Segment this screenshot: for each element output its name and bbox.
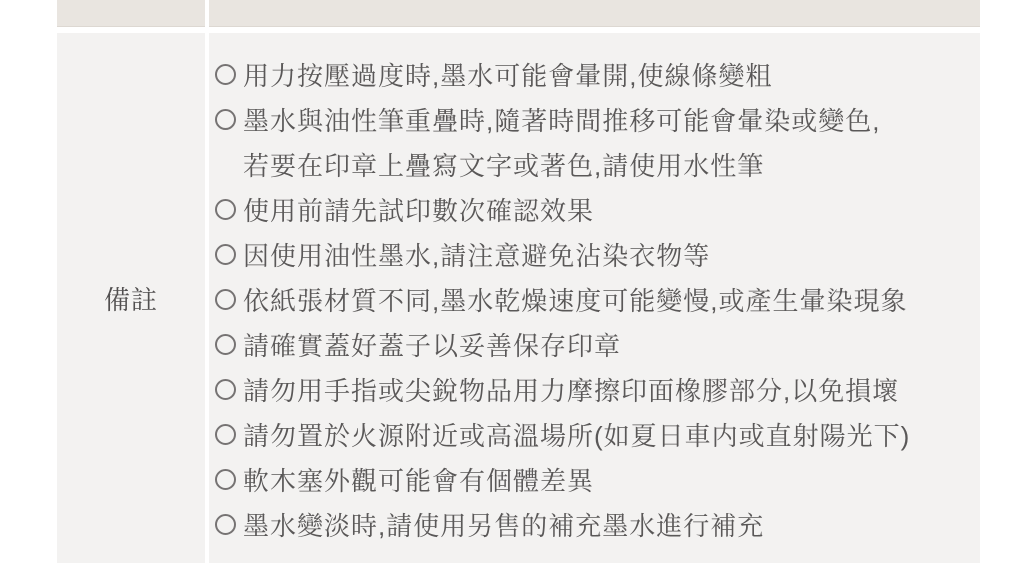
table-header-right-cell xyxy=(209,0,980,27)
bullet-circle-icon xyxy=(215,64,243,85)
bullet-circle-icon xyxy=(215,289,243,310)
bullet-circle-icon xyxy=(215,244,243,265)
bullet-circle-icon xyxy=(215,469,243,490)
note-line: 用力按壓過度時,墨水可能會暈開,使線條變粗 xyxy=(215,52,976,97)
note-line: 墨水與油性筆重疊時,隨著時間推移可能會暈染或變色, xyxy=(215,97,976,142)
note-line: 墨水變淡時,請使用另售的補充墨水進行補充 xyxy=(215,502,976,547)
note-line: 請確實蓋好蓋子以妥善保存印章 xyxy=(215,322,976,367)
note-text: 請確實蓋好蓋子以妥善保存印章 xyxy=(243,326,621,363)
note-line: 若要在印章上疊寫文字或著色,請使用水性筆 xyxy=(215,142,976,187)
bullet-circle-icon xyxy=(215,334,243,355)
product-notes-table: 備註 用力按壓過度時,墨水可能會暈開,使線條變粗 墨水與油性筆重疊時,隨著時間推… xyxy=(57,0,980,563)
bullet-circle-icon xyxy=(215,109,243,130)
note-text: 墨水與油性筆重疊時,隨著時間推移可能會暈染或變色, xyxy=(243,101,880,138)
note-line: 請勿用手指或尖銳物品用力摩擦印面橡膠部分,以免損壞 xyxy=(215,367,976,412)
bullet-circle-icon xyxy=(215,199,243,220)
bullet-circle-icon xyxy=(215,514,243,535)
note-line: 因使用油性墨水,請注意避免沾染衣物等 xyxy=(215,232,976,277)
product-detail-page: 備註 用力按壓過度時,墨水可能會暈開,使線條變粗 墨水與油性筆重疊時,隨著時間推… xyxy=(0,0,1024,584)
table-header-row xyxy=(57,0,980,27)
notes-list: 用力按壓過度時,墨水可能會暈開,使線條變粗 墨水與油性筆重疊時,隨著時間推移可能… xyxy=(209,33,980,563)
note-line: 請勿置於火源附近或高溫場所(如夏日車内或直射陽光下) xyxy=(215,412,976,457)
row-header-remarks: 備註 xyxy=(57,33,205,563)
note-line: 軟木塞外觀可能會有個體差異 xyxy=(215,457,976,502)
note-text: 軟木塞外觀可能會有個體差異 xyxy=(243,461,594,498)
note-text: 請勿用手指或尖銳物品用力摩擦印面橡膠部分,以免損壞 xyxy=(243,371,899,408)
bullet-circle-icon xyxy=(215,424,243,445)
table-header-left-cell xyxy=(57,0,205,27)
note-text: 墨水變淡時,請使用另售的補充墨水進行補充 xyxy=(243,506,764,543)
note-text: 依紙張材質不同,墨水乾燥速度可能變慢,或產生暈染現象 xyxy=(243,281,907,318)
note-text: 用力按壓過度時,墨水可能會暈開,使線條變粗 xyxy=(243,56,772,93)
bullet-circle-icon xyxy=(215,379,243,400)
note-text: 若要在印章上疊寫文字或著色,請使用水性筆 xyxy=(243,146,764,183)
note-text: 請勿置於火源附近或高溫場所(如夏日車内或直射陽光下) xyxy=(243,416,910,453)
note-line: 使用前請先試印數次確認效果 xyxy=(215,187,976,232)
note-line: 依紙張材質不同,墨水乾燥速度可能變慢,或產生暈染現象 xyxy=(215,277,976,322)
note-text: 使用前請先試印數次確認效果 xyxy=(243,191,594,228)
note-text: 因使用油性墨水,請注意避免沾染衣物等 xyxy=(243,236,710,273)
remarks-row: 備註 用力按壓過度時,墨水可能會暈開,使線條變粗 墨水與油性筆重疊時,隨著時間推… xyxy=(57,33,980,563)
